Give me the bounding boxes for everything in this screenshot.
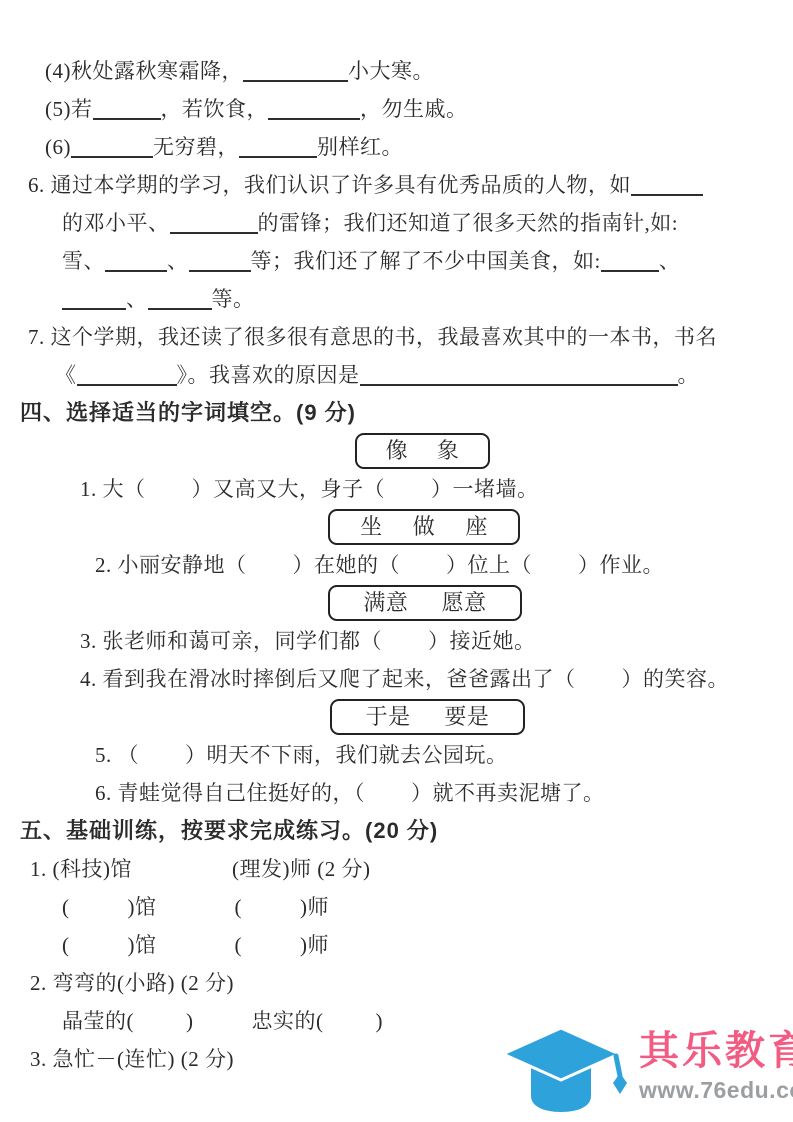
paren-answer-space[interactable] (382, 647, 428, 648)
word-option: 象 (437, 432, 460, 470)
question-line: 2. 小丽安静地（）在她的（）位上（）作业。 (0, 546, 793, 584)
text-segment: 2. 弯弯的(小路) (2 分) (30, 971, 234, 995)
text-segment: 无穷碧， (153, 135, 239, 159)
text-segment: 6. 青蛙觉得自己住挺好的，（ (95, 781, 365, 805)
text-segment: 6. 通过本学期的学习，我们认识了许多具有优秀品质的人物，如 (28, 173, 631, 197)
text-segment: 雪、 (62, 249, 105, 273)
paren-answer-space[interactable] (247, 571, 293, 572)
text-segment: ）的笑容。 (622, 667, 730, 691)
text-segment: ）就不再卖泥塘了。 (411, 781, 605, 805)
answer-blank[interactable] (239, 156, 317, 158)
word-option: 座 (465, 508, 488, 546)
text-segment: ）在她的（ (293, 553, 401, 577)
text-segment: ) (186, 1009, 194, 1033)
text-segment: 》。我喜欢的原因是 (177, 363, 360, 387)
answer-blank[interactable] (268, 118, 360, 120)
text-segment: (理发)师 (2 分) (232, 857, 370, 881)
question-line: 5. （）明天不下雨，我们就去公园玩。 (0, 736, 793, 774)
brand-text-block: 其乐教育 www.76edu.com (639, 1028, 793, 1104)
question-line: ()馆()师 (0, 888, 793, 926)
text-segment: ）一堵墙。 (431, 477, 539, 501)
text-segment: ）作业。 (578, 553, 664, 577)
text-segment: 别样红。 (317, 135, 403, 159)
answer-blank[interactable] (93, 118, 161, 120)
word-bank-box: 满意愿意 (328, 585, 522, 621)
text-segment: (4)秋处露秋寒霜降， (45, 59, 243, 83)
answer-blank[interactable] (601, 270, 659, 272)
question-line: (4)秋处露秋寒霜降，小大寒。 (0, 52, 793, 90)
question-line: 雪、、等；我们还了解了不少中国美食，如:、 (0, 242, 793, 280)
brand-url: www.76edu.com (639, 1077, 793, 1104)
text-segment: 等；我们还了解了不少中国美食，如: (251, 249, 601, 273)
text-segment: ，勿生戚。 (360, 97, 468, 121)
paren-answer-space[interactable] (576, 685, 622, 686)
paren-answer-space[interactable] (194, 1027, 252, 1028)
answer-blank[interactable] (105, 270, 167, 272)
text-segment: ( (62, 933, 70, 957)
paren-answer-space[interactable] (532, 571, 578, 572)
answer-blank[interactable] (71, 156, 153, 158)
text-segment: 小大寒。 (348, 59, 434, 83)
text-segment: 7. 这个学期，我还读了很多很有意思的书，我最喜欢其中的一本书，书名 (28, 325, 717, 349)
text-segment: (6) (45, 135, 71, 159)
section-heading: 四、选择适当的字词填空。(9 分) (0, 394, 793, 432)
text-segment: 、 (659, 249, 681, 273)
paren-answer-space[interactable] (157, 913, 235, 914)
question-line: 4. 看到我在滑冰时摔倒后又爬了起来，爸爸露出了（）的笑容。 (0, 660, 793, 698)
answer-blank[interactable] (148, 308, 212, 310)
text-segment: 1. 大（ (80, 477, 146, 501)
text-segment: 4. 看到我在滑冰时摔倒后又爬了起来，爸爸露出了（ (80, 667, 576, 691)
worksheet-lines: (4)秋处露秋寒霜降，小大寒。(5)若，若饮食，，勿生戚。(6)无穷碧，别样红。… (0, 52, 793, 1078)
text-segment: 四、选择适当的字词填空。(9 分) (20, 400, 356, 425)
text-segment: 晶莹的( (62, 1009, 134, 1033)
paren-answer-space[interactable] (157, 951, 235, 952)
word-bank-box: 于是要是 (330, 699, 525, 735)
paren-answer-space[interactable] (242, 951, 300, 952)
worksheet-page: (4)秋处露秋寒霜降，小大寒。(5)若，若饮食，，勿生戚。(6)无穷碧，别样红。… (0, 0, 793, 1122)
question-line: (6)无穷碧，别样红。 (0, 128, 793, 166)
question-line: 的邓小平、的雷锋；我们还知道了很多天然的指南针,如: (0, 204, 793, 242)
answer-blank[interactable] (189, 270, 251, 272)
question-line: 3. 张老师和蔼可亲，同学们都（）接近她。 (0, 622, 793, 660)
answer-blank[interactable] (360, 384, 678, 386)
question-line: 6. 青蛙觉得自己住挺好的，（）就不再卖泥塘了。 (0, 774, 793, 812)
text-segment: )师 (300, 933, 329, 957)
text-segment: )馆 (128, 933, 157, 957)
paren-answer-space[interactable] (132, 875, 232, 876)
text-segment: 。 (678, 363, 700, 387)
text-segment: 的邓小平、 (62, 211, 170, 235)
text-segment: ）接近她。 (428, 629, 536, 653)
text-segment: )馆 (128, 895, 157, 919)
text-segment: 2. 小丽安静地（ (95, 553, 247, 577)
text-segment: )师 (300, 895, 329, 919)
paren-answer-space[interactable] (365, 799, 411, 800)
question-line: 1. (科技)馆(理发)师 (2 分) (0, 850, 793, 888)
text-segment: ( (235, 895, 243, 919)
text-segment: 忠实的( (252, 1009, 324, 1033)
brand-name: 其乐教育 (639, 1028, 793, 1074)
question-line: (5)若，若饮食，，勿生戚。 (0, 90, 793, 128)
word-option: 愿意 (442, 584, 487, 622)
paren-answer-space[interactable] (139, 761, 185, 762)
paren-answer-space[interactable] (324, 1027, 376, 1028)
text-segment: 五、基础训练，按要求完成练习。(20 分) (20, 818, 438, 843)
question-line: 2. 弯弯的(小路) (2 分) (0, 964, 793, 1002)
word-option: 像 (386, 432, 409, 470)
text-segment: ）位上（ (446, 553, 532, 577)
paren-answer-space[interactable] (134, 1027, 186, 1028)
text-segment: 3. 张老师和蔼可亲，同学们都（ (80, 629, 382, 653)
word-option: 坐 (360, 508, 383, 546)
text-segment: ，若饮食， (161, 97, 269, 121)
paren-answer-space[interactable] (70, 913, 128, 914)
answer-blank[interactable] (631, 194, 703, 196)
question-line: 7. 这个学期，我还读了很多很有意思的书，我最喜欢其中的一本书，书名 (0, 318, 793, 356)
word-bank-row: 满意愿意 (0, 584, 793, 622)
paren-answer-space[interactable] (146, 495, 192, 496)
answer-blank[interactable] (77, 384, 177, 386)
word-option: 满意 (363, 584, 408, 622)
word-bank-box: 坐做座 (328, 509, 520, 545)
paren-answer-space[interactable] (242, 913, 300, 914)
answer-blank[interactable] (170, 232, 258, 234)
paren-answer-space[interactable] (385, 495, 431, 496)
word-bank-box: 像象 (355, 433, 490, 469)
word-option: 于是 (366, 698, 411, 736)
text-segment: ）明天不下雨，我们就去公园玩。 (185, 743, 508, 767)
text-segment: ( (235, 933, 243, 957)
text-segment: ）又高又大，身子（ (192, 477, 386, 501)
paren-answer-space[interactable] (400, 571, 446, 572)
text-segment: 5. （ (95, 743, 139, 767)
text-segment: 的雷锋；我们还知道了很多天然的指南针,如: (258, 211, 679, 235)
word-bank-row: 坐做座 (0, 508, 793, 546)
question-line: 1. 大（）又高又大，身子（）一堵墙。 (0, 470, 793, 508)
text-segment: 1. (科技)馆 (30, 857, 132, 881)
text-segment: 、 (126, 287, 148, 311)
text-segment: 3. 急忙－(连忙) (2 分) (30, 1047, 234, 1071)
text-segment: ) (376, 1009, 384, 1033)
graduation-cap-icon (497, 1016, 629, 1116)
text-segment: 等。 (212, 287, 255, 311)
answer-blank[interactable] (62, 308, 126, 310)
question-line: 6. 通过本学期的学习，我们认识了许多具有优秀品质的人物，如 (0, 166, 793, 204)
answer-blank[interactable] (243, 80, 348, 82)
text-segment: (5)若 (45, 97, 93, 121)
text-segment: 《 (55, 363, 77, 387)
section-heading: 五、基础训练，按要求完成练习。(20 分) (0, 812, 793, 850)
paren-answer-space[interactable] (70, 951, 128, 952)
word-bank-row: 像象 (0, 432, 793, 470)
question-line: 、等。 (0, 280, 793, 318)
text-segment: ( (62, 895, 70, 919)
word-bank-row: 于是要是 (0, 698, 793, 736)
word-option: 要是 (444, 698, 489, 736)
text-segment: 、 (167, 249, 189, 273)
brand-logo: 其乐教育 www.76edu.com (497, 1016, 793, 1116)
word-option: 做 (413, 508, 436, 546)
question-line: ()馆()师 (0, 926, 793, 964)
question-line: 《》。我喜欢的原因是。 (0, 356, 793, 394)
